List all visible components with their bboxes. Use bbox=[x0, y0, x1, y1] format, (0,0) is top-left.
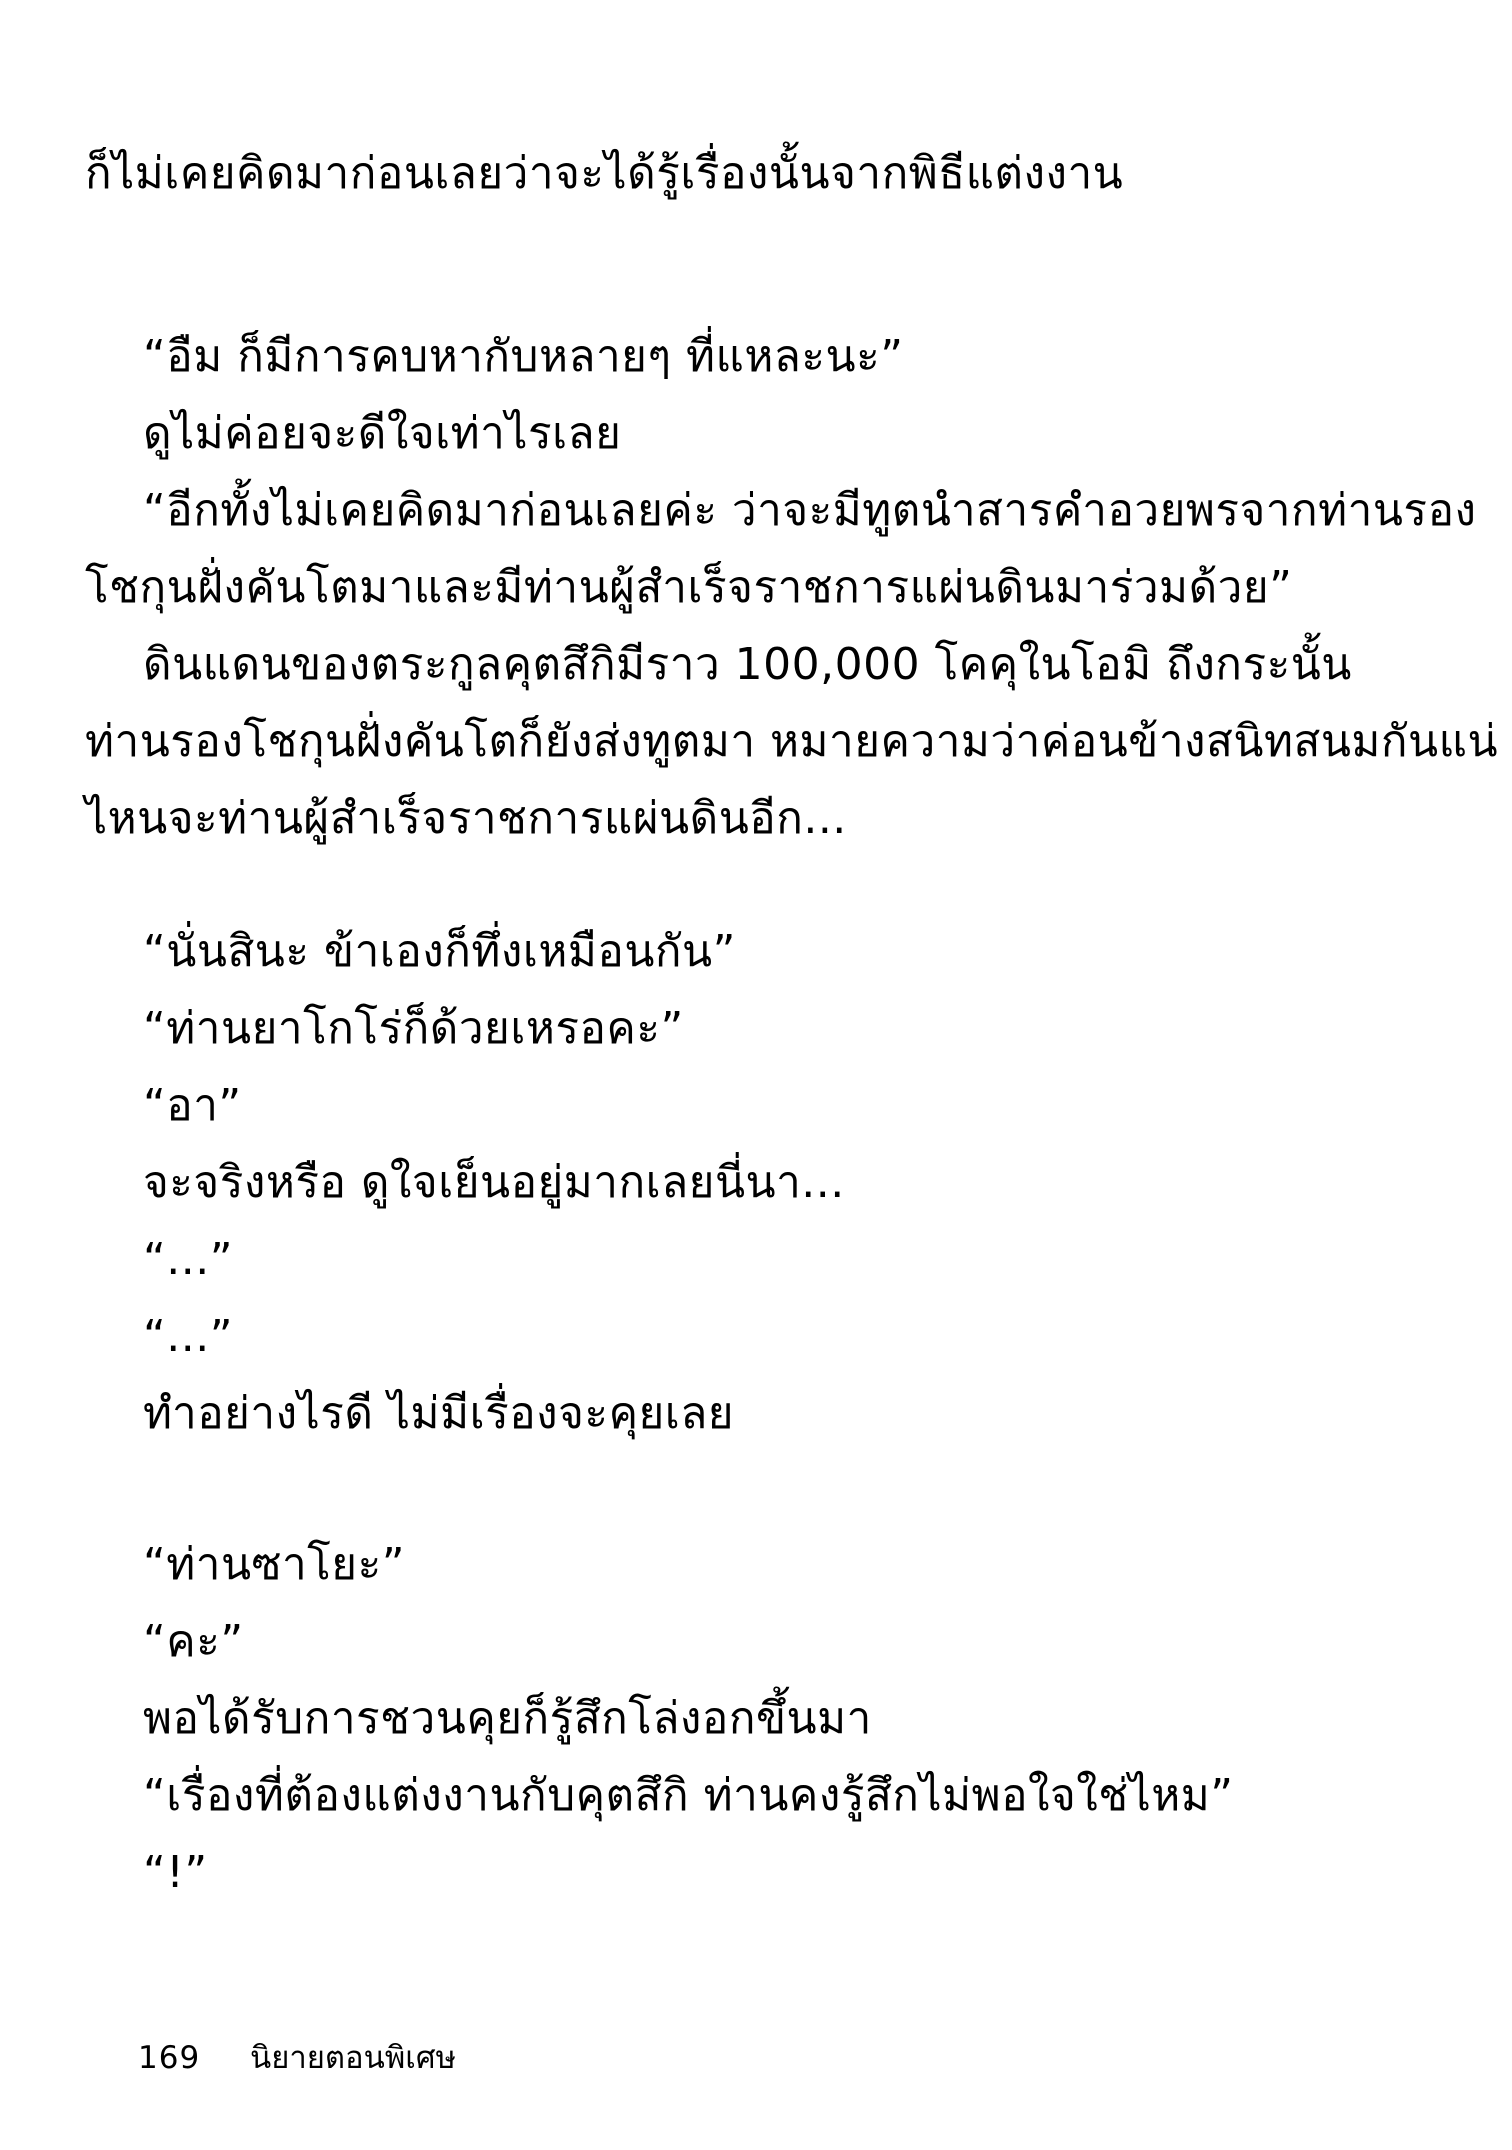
text-line: “!” bbox=[85, 1834, 1434, 1911]
text-line: พอได้รับการชวนคุยก็รู้สึกโล่งอกขึ้นมา bbox=[85, 1680, 1434, 1757]
body-text: ก็ไม่เคยคิดมาก่อนเลยว่าจะได้รู้เรื่องนั้… bbox=[85, 135, 1434, 1911]
text-line: “นั่นสินะ ข้าเองก็ทึ่งเหมือนกัน” bbox=[85, 913, 1434, 990]
text-line: ทำอย่างไรดี ไม่มีเรื่องจะคุยเลย bbox=[85, 1375, 1434, 1452]
paragraph-spacer bbox=[85, 212, 1434, 318]
text-line: “อา” bbox=[85, 1067, 1434, 1144]
text-line: ท่านรองโชกุนฝั่งคันโตก็ยังส่งทูตมา หมายค… bbox=[85, 703, 1434, 780]
text-line: “ท่านยาโกโร่ก็ด้วยเหรอคะ” bbox=[85, 990, 1434, 1067]
text-line: “อืม ก็มีการคบหากับหลายๆ ที่แหละนะ” bbox=[85, 318, 1434, 395]
text-line: “ท่านซาโยะ” bbox=[85, 1526, 1434, 1603]
running-title: นิยายตอนพิเศษ bbox=[250, 2038, 456, 2078]
page-footer: 169 นิยายตอนพิเศษ bbox=[138, 2038, 456, 2078]
text-line: ดินแดนของตระกูลคุตสึกิมีราว 100,000 โคคุ… bbox=[85, 626, 1434, 703]
text-line: “คะ” bbox=[85, 1603, 1434, 1680]
text-line: จะจริงหรือ ดูใจเย็นอยู่มากเลยนี่นา... bbox=[85, 1144, 1434, 1221]
text-line: ดูไม่ค่อยจะดีใจเท่าไรเลย bbox=[85, 395, 1434, 472]
text-line: “อีกทั้งไม่เคยคิดมาก่อนเลยค่ะ ว่าจะมีทูต… bbox=[85, 472, 1434, 549]
book-page: ก็ไม่เคยคิดมาก่อนเลยว่าจะได้รู้เรื่องนั้… bbox=[0, 0, 1512, 2150]
page-number: 169 bbox=[138, 2038, 250, 2078]
text-line: โชกุนฝั่งคันโตมาและมีท่านผู้สำเร็จราชการ… bbox=[85, 549, 1434, 626]
text-line: “...” bbox=[85, 1298, 1434, 1375]
text-line: ก็ไม่เคยคิดมาก่อนเลยว่าจะได้รู้เรื่องนั้… bbox=[85, 135, 1434, 212]
text-line: “...” bbox=[85, 1221, 1434, 1298]
text-line: ไหนจะท่านผู้สำเร็จราชการแผ่นดินอีก... bbox=[85, 780, 1434, 857]
paragraph-spacer bbox=[85, 857, 1434, 913]
paragraph-spacer bbox=[85, 1452, 1434, 1526]
text-line: “เรื่องที่ต้องแต่งงานกับคุตสึกิ ท่านคงรู… bbox=[85, 1757, 1434, 1834]
